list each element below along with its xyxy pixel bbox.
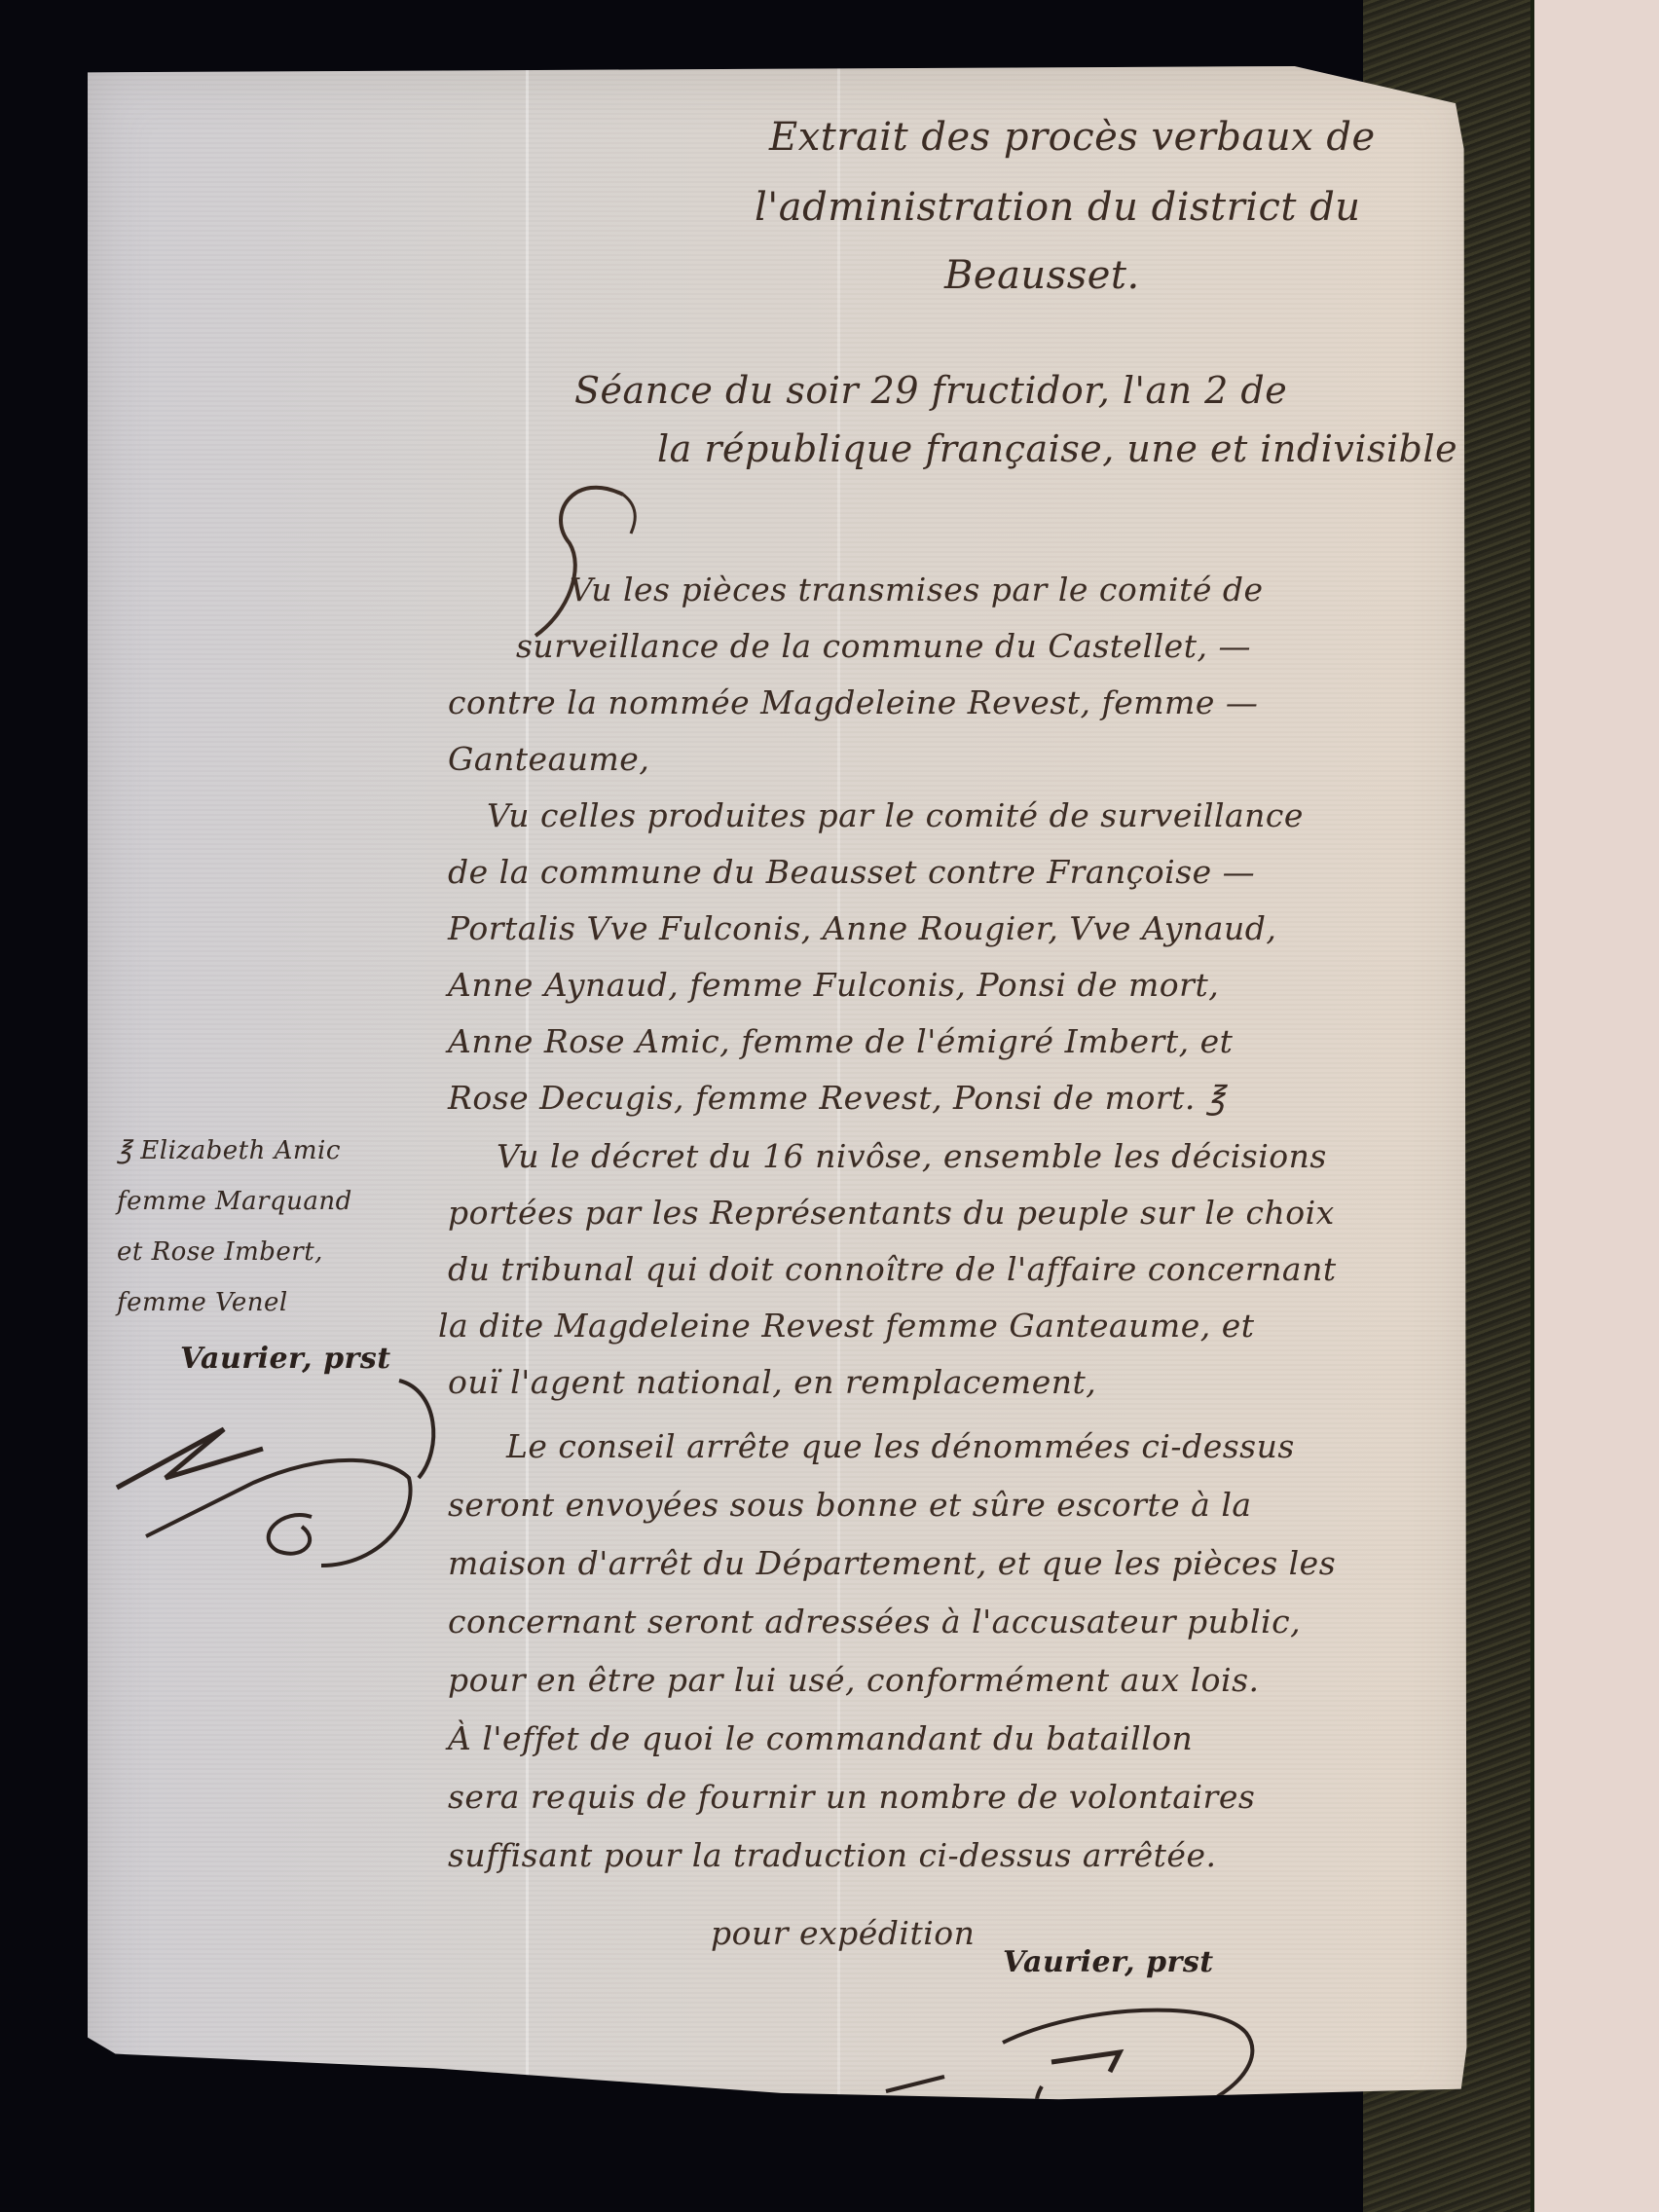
closing-signature: Vaurier, prst — [1003, 1945, 1214, 1979]
body-line: contre la nommée Magdeleine Revest, femm… — [448, 676, 1258, 729]
margin-note-line: femme Marquand — [117, 1178, 352, 1225]
body-line: Anne Rose Amic, femme de l'émigré Imbert… — [448, 1014, 1233, 1068]
body-line: Vu les pièces transmises par le comité d… — [570, 563, 1264, 616]
body-line: Vu le décret du 16 nivôse, ensemble les … — [497, 1129, 1327, 1183]
body-line: la dite Magdeleine Revest femme Ganteaum… — [438, 1299, 1255, 1352]
heading-line: Extrait des procès verbaux de — [769, 103, 1376, 171]
margin-note-line: et Rose Imbert, — [117, 1229, 323, 1275]
margin-note-line: ℥ Elizabeth Amic — [117, 1127, 341, 1174]
heading-line: l'administration du district du — [755, 173, 1361, 241]
body-line: portées par les Représentants du peuple … — [448, 1186, 1335, 1239]
body-line: surveillance de la commune du Castellet,… — [516, 619, 1251, 673]
body-line: suffisant pour la traduction ci-dessus a… — [448, 1828, 1216, 1882]
closing-text: pour expédition — [711, 1906, 975, 1960]
body-line: Portalis Vve Fulconis, Anne Rougier, Vve… — [448, 902, 1276, 955]
body-line: Rose Decugis, femme Revest, Ponsi de mor… — [448, 1071, 1225, 1124]
manuscript-page: Extrait des procès verbaux de l'administ… — [88, 66, 1475, 2130]
body-line: de la commune du Beausset contre Françoi… — [448, 845, 1255, 899]
body-line: concernant seront adressées à l'accusate… — [448, 1595, 1301, 1648]
paraph-flourish-icon — [107, 1371, 458, 1604]
body-line: sera requis de fournir un nombre de volo… — [448, 1770, 1255, 1824]
body-line: pour en être par lui usé, conformément a… — [448, 1653, 1260, 1707]
body-line: Vu celles produites par le comité de sur… — [487, 789, 1304, 842]
body-line: ouï l'agent national, en remplacement, — [448, 1355, 1096, 1409]
body-line: du tribunal qui doit connoître de l'affa… — [448, 1242, 1337, 1296]
body-line: maison d'arrêt du Département, et que le… — [448, 1536, 1336, 1590]
session-line: Séance du soir 29 fructidor, l'an 2 de — [574, 358, 1287, 423]
body-line: Le conseil arrête que les dénommées ci-d… — [506, 1419, 1295, 1473]
session-line: la république française, une et indivisi… — [657, 417, 1457, 481]
body-line: Anne Aynaud, femme Fulconis, Ponsi de mo… — [448, 958, 1219, 1012]
margin-note-line: femme Venel — [117, 1279, 288, 1326]
body-line: Ganteaume, — [448, 732, 649, 786]
body-line: seront envoyées sous bonne et sûre escor… — [448, 1478, 1252, 1531]
wall-background — [1534, 0, 1659, 2212]
heading-line: Beausset. — [944, 241, 1140, 310]
body-line: À l'effet de quoi le commandant du batai… — [448, 1712, 1193, 1765]
